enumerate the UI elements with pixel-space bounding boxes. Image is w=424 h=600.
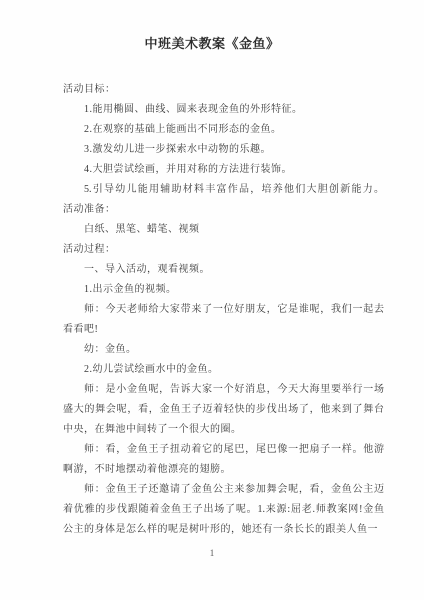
goal-item: 4.大胆尝试绘画，并用对称的方法进行装饰。 [63,160,384,180]
process-line: 幼：金鱼。 [63,340,384,360]
page-number: 1 [0,546,424,560]
process-line: 啊游，不时地摆动着他漂亮的翅膀。 [63,460,384,480]
process-line: 2.幼儿尝试绘画水中的金鱼。 [63,360,384,380]
document-page: 中班美术教案《金鱼》 活动目标： 1.能用椭圆、曲线、圆来表现金鱼的外形特征。 … [0,0,424,600]
page-title: 中班美术教案《金鱼》 [0,34,424,54]
goal-item: 1.能用椭圆、曲线、圆来表现金鱼的外形特征。 [63,100,384,120]
goal-item: 5.引导幼儿能用辅助材料丰富作品，培养他们大胆创新能力。 [63,180,384,200]
preparation-item: 白纸、黑笔、蜡笔、视频 [63,220,384,240]
process-line: 公主的身体是怎么样的呢是树叶形的，她还有一条长长的跟美人鱼一 [63,520,384,540]
process-line: 盛大的舞会呢，看，金鱼王子迈着轻快的步伐出场了，他来到了舞台 [63,400,384,420]
process-line: 看看吧! [63,320,384,340]
process-line: 1.出示金鱼的视频。 [63,280,384,300]
goal-item: 3.激发幼儿进一步探索水中动物的乐趣。 [63,140,384,160]
process-line: 师：今天老师给大家带来了一位好朋友，它是谁呢，我们一起去 [63,300,384,320]
goal-item: 2.在观察的基础上能画出不同形态的金鱼。 [63,120,384,140]
process-line: 一、导入活动，观看视频。 [63,260,384,280]
document-body: 活动目标： 1.能用椭圆、曲线、圆来表现金鱼的外形特征。 2.在观察的基础上能画… [63,80,384,540]
process-line: 中央，在舞池中间转了一个很大的圈。 [63,420,384,440]
process-line: 师：看，金鱼王子扭动着它的尾巴，尾巴像一把扇子一样。他游 [63,440,384,460]
process-line: 着优雅的步伐跟随着金鱼王子出场了呢。1.来源:屈老.师教案网!金鱼 [63,500,384,520]
process-line: 师：是小金鱼呢，告诉大家一个好消息，今天大海里要举行一场 [63,380,384,400]
process-line: 师：金鱼王子还邀请了金鱼公主来参加舞会呢，看，金鱼公主迈 [63,480,384,500]
section-heading-process: 活动过程： [63,240,384,260]
section-heading-goals: 活动目标： [63,80,384,100]
section-heading-preparation: 活动准备： [63,200,384,220]
